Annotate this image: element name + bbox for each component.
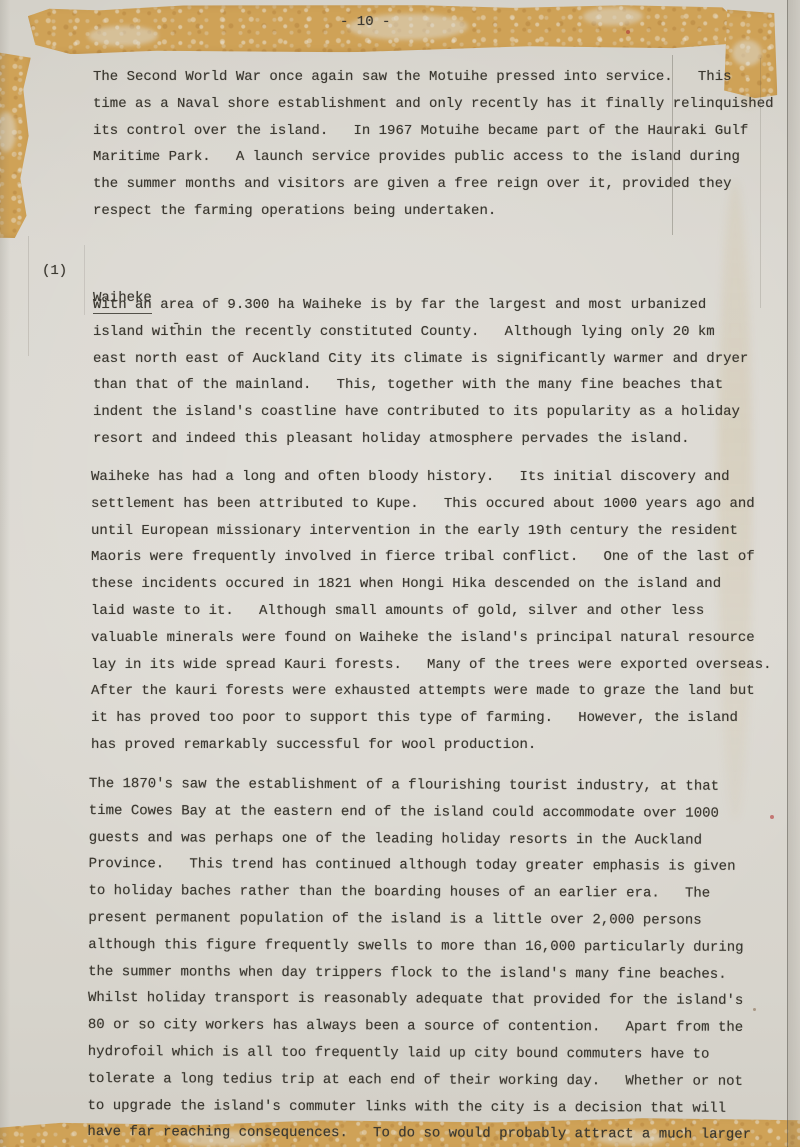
paragraph-waiheke-history: Waiheke has had a long and often bloody … [91,464,772,759]
tape-worn-patch [88,26,158,46]
ink-speck [770,815,774,819]
page-right-edge [787,0,800,1147]
section-marker: (1) [42,258,67,285]
page-number: - 10 - [340,9,390,36]
ink-speck [626,30,630,34]
tape-worn-patch [732,40,762,67]
paragraph-waiheke-tourism-population: The 1870's saw the establishment of a fl… [87,771,752,1147]
tape-worn-patch [583,7,643,25]
paragraph-motuihe-war-service: The Second World War once again saw the … [93,64,774,225]
paragraph-waiheke-geography: With an area of 9.300 ha Waiheke is by f… [93,292,748,453]
scanned-page: - 10 - The Second World War once again s… [0,0,800,1147]
ink-speck [753,1008,756,1011]
page-left-edge [0,0,10,1147]
